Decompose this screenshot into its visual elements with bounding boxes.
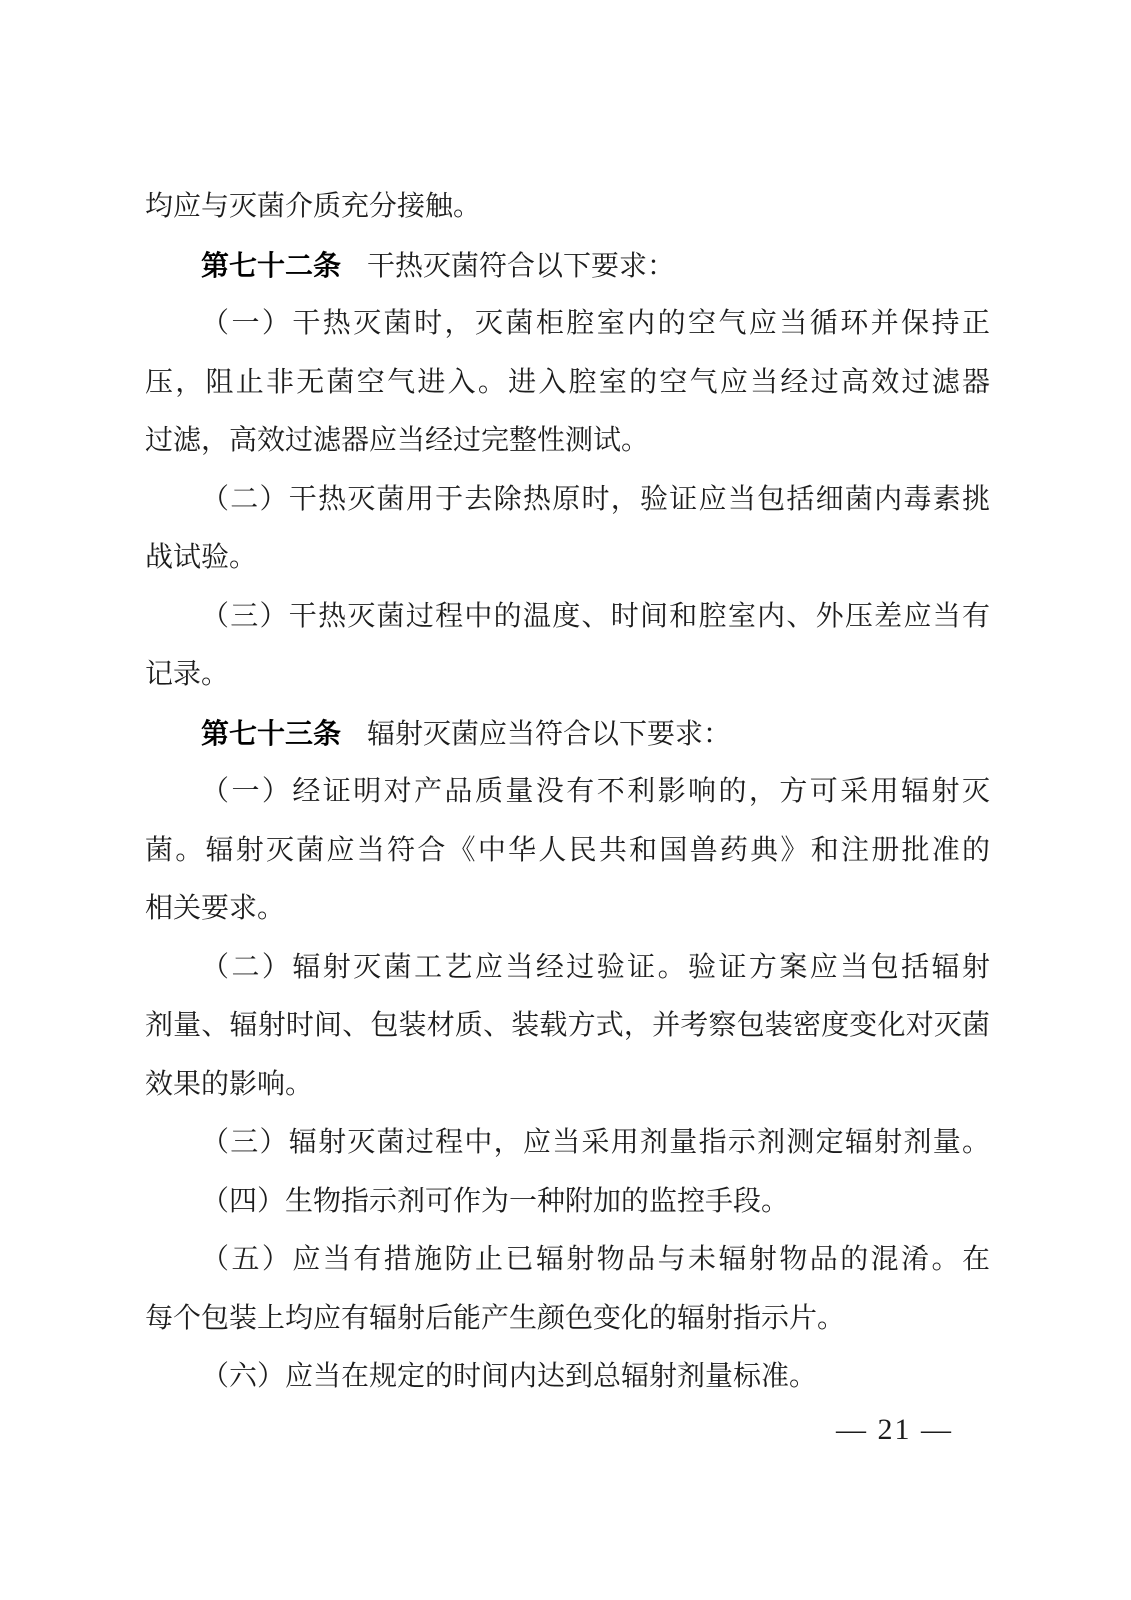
text-line: （二）干热灭菌用于去除热原时，验证应当包括细菌内毒素挑	[145, 471, 990, 530]
article-number: 第七十三条	[201, 718, 341, 749]
line-text: （二）干热灭菌用于去除热原时，验证应当包括细菌内毒素挑	[201, 484, 990, 515]
line-text: 效果的影响。	[145, 1069, 313, 1100]
line-text: 剂量、辐射时间、包装材质、装载方式，并考察包装密度变化对灭菌	[145, 1010, 990, 1041]
text-line: （一）干热灭菌时，灭菌柜腔室内的空气应当循环并保持正	[145, 295, 990, 354]
text-line: 效果的影响。	[145, 1056, 990, 1115]
line-text: 战试验。	[145, 542, 257, 573]
line-text: （一）经证明对产品质量没有不利影响的，方可采用辐射灭	[201, 776, 990, 807]
line-text: （四）生物指示剂可作为一种附加的监控手段。	[201, 1186, 789, 1217]
page-number: — 21 —	[836, 1408, 953, 1452]
text-line: （五）应当有措施防止已辐射物品与未辐射物品的混淆。在	[145, 1231, 990, 1290]
line-text: （二）辐射灭菌工艺应当经过验证。验证方案应当包括辐射	[201, 952, 990, 983]
article-heading-line: 第七十三条辐射灭菌应当符合以下要求：	[145, 705, 990, 764]
document-page: 均应与灭菌介质充分接触。第七十二条干热灭菌符合以下要求：（一）干热灭菌时，灭菌柜…	[0, 0, 1131, 1600]
line-text: 压，阻止非无菌空气进入。进入腔室的空气应当经过高效过滤器	[145, 367, 990, 398]
text-block: 均应与灭菌介质充分接触。第七十二条干热灭菌符合以下要求：（一）干热灭菌时，灭菌柜…	[145, 178, 990, 1407]
line-text: 辐射灭菌应当符合以下要求：	[367, 719, 731, 750]
text-line: 压，阻止非无菌空气进入。进入腔室的空气应当经过高效过滤器	[145, 354, 990, 413]
line-text: （一）干热灭菌时，灭菌柜腔室内的空气应当循环并保持正	[201, 308, 990, 339]
text-line: 剂量、辐射时间、包装材质、装载方式，并考察包装密度变化对灭菌	[145, 997, 990, 1056]
text-line: （三）辐射灭菌过程中，应当采用剂量指示剂测定辐射剂量。	[145, 1114, 990, 1173]
text-line: （二）辐射灭菌工艺应当经过验证。验证方案应当包括辐射	[145, 939, 990, 998]
line-text: （六）应当在规定的时间内达到总辐射剂量标准。	[201, 1361, 817, 1392]
article-number: 第七十二条	[201, 250, 341, 281]
line-text: 均应与灭菌介质充分接触。	[145, 191, 481, 222]
text-line: 每个包装上均应有辐射后能产生颜色变化的辐射指示片。	[145, 1290, 990, 1349]
text-line: 记录。	[145, 646, 990, 705]
article-heading-line: 第七十二条干热灭菌符合以下要求：	[145, 237, 990, 296]
text-line: （六）应当在规定的时间内达到总辐射剂量标准。	[145, 1348, 990, 1407]
text-line: 战试验。	[145, 529, 990, 588]
line-text: （三）辐射灭菌过程中，应当采用剂量指示剂测定辐射剂量。	[201, 1127, 990, 1158]
text-line: 均应与灭菌介质充分接触。	[145, 178, 990, 237]
line-text: 记录。	[145, 659, 229, 690]
line-text: 干热灭菌符合以下要求：	[367, 251, 675, 282]
text-line: 相关要求。	[145, 880, 990, 939]
line-text: 相关要求。	[145, 893, 285, 924]
line-text: （五）应当有措施防止已辐射物品与未辐射物品的混淆。在	[201, 1244, 990, 1275]
line-text: 过滤，高效过滤器应当经过完整性测试。	[145, 425, 649, 456]
line-text: 每个包装上均应有辐射后能产生颜色变化的辐射指示片。	[145, 1303, 845, 1334]
text-line: 菌。辐射灭菌应当符合《中华人民共和国兽药典》和注册批准的	[145, 822, 990, 881]
line-text: 菌。辐射灭菌应当符合《中华人民共和国兽药典》和注册批准的	[145, 835, 990, 866]
text-line: （四）生物指示剂可作为一种附加的监控手段。	[145, 1173, 990, 1232]
text-line: 过滤，高效过滤器应当经过完整性测试。	[145, 412, 990, 471]
text-line: （三）干热灭菌过程中的温度、时间和腔室内、外压差应当有	[145, 588, 990, 647]
text-line: （一）经证明对产品质量没有不利影响的，方可采用辐射灭	[145, 763, 990, 822]
line-text: （三）干热灭菌过程中的温度、时间和腔室内、外压差应当有	[201, 601, 990, 632]
